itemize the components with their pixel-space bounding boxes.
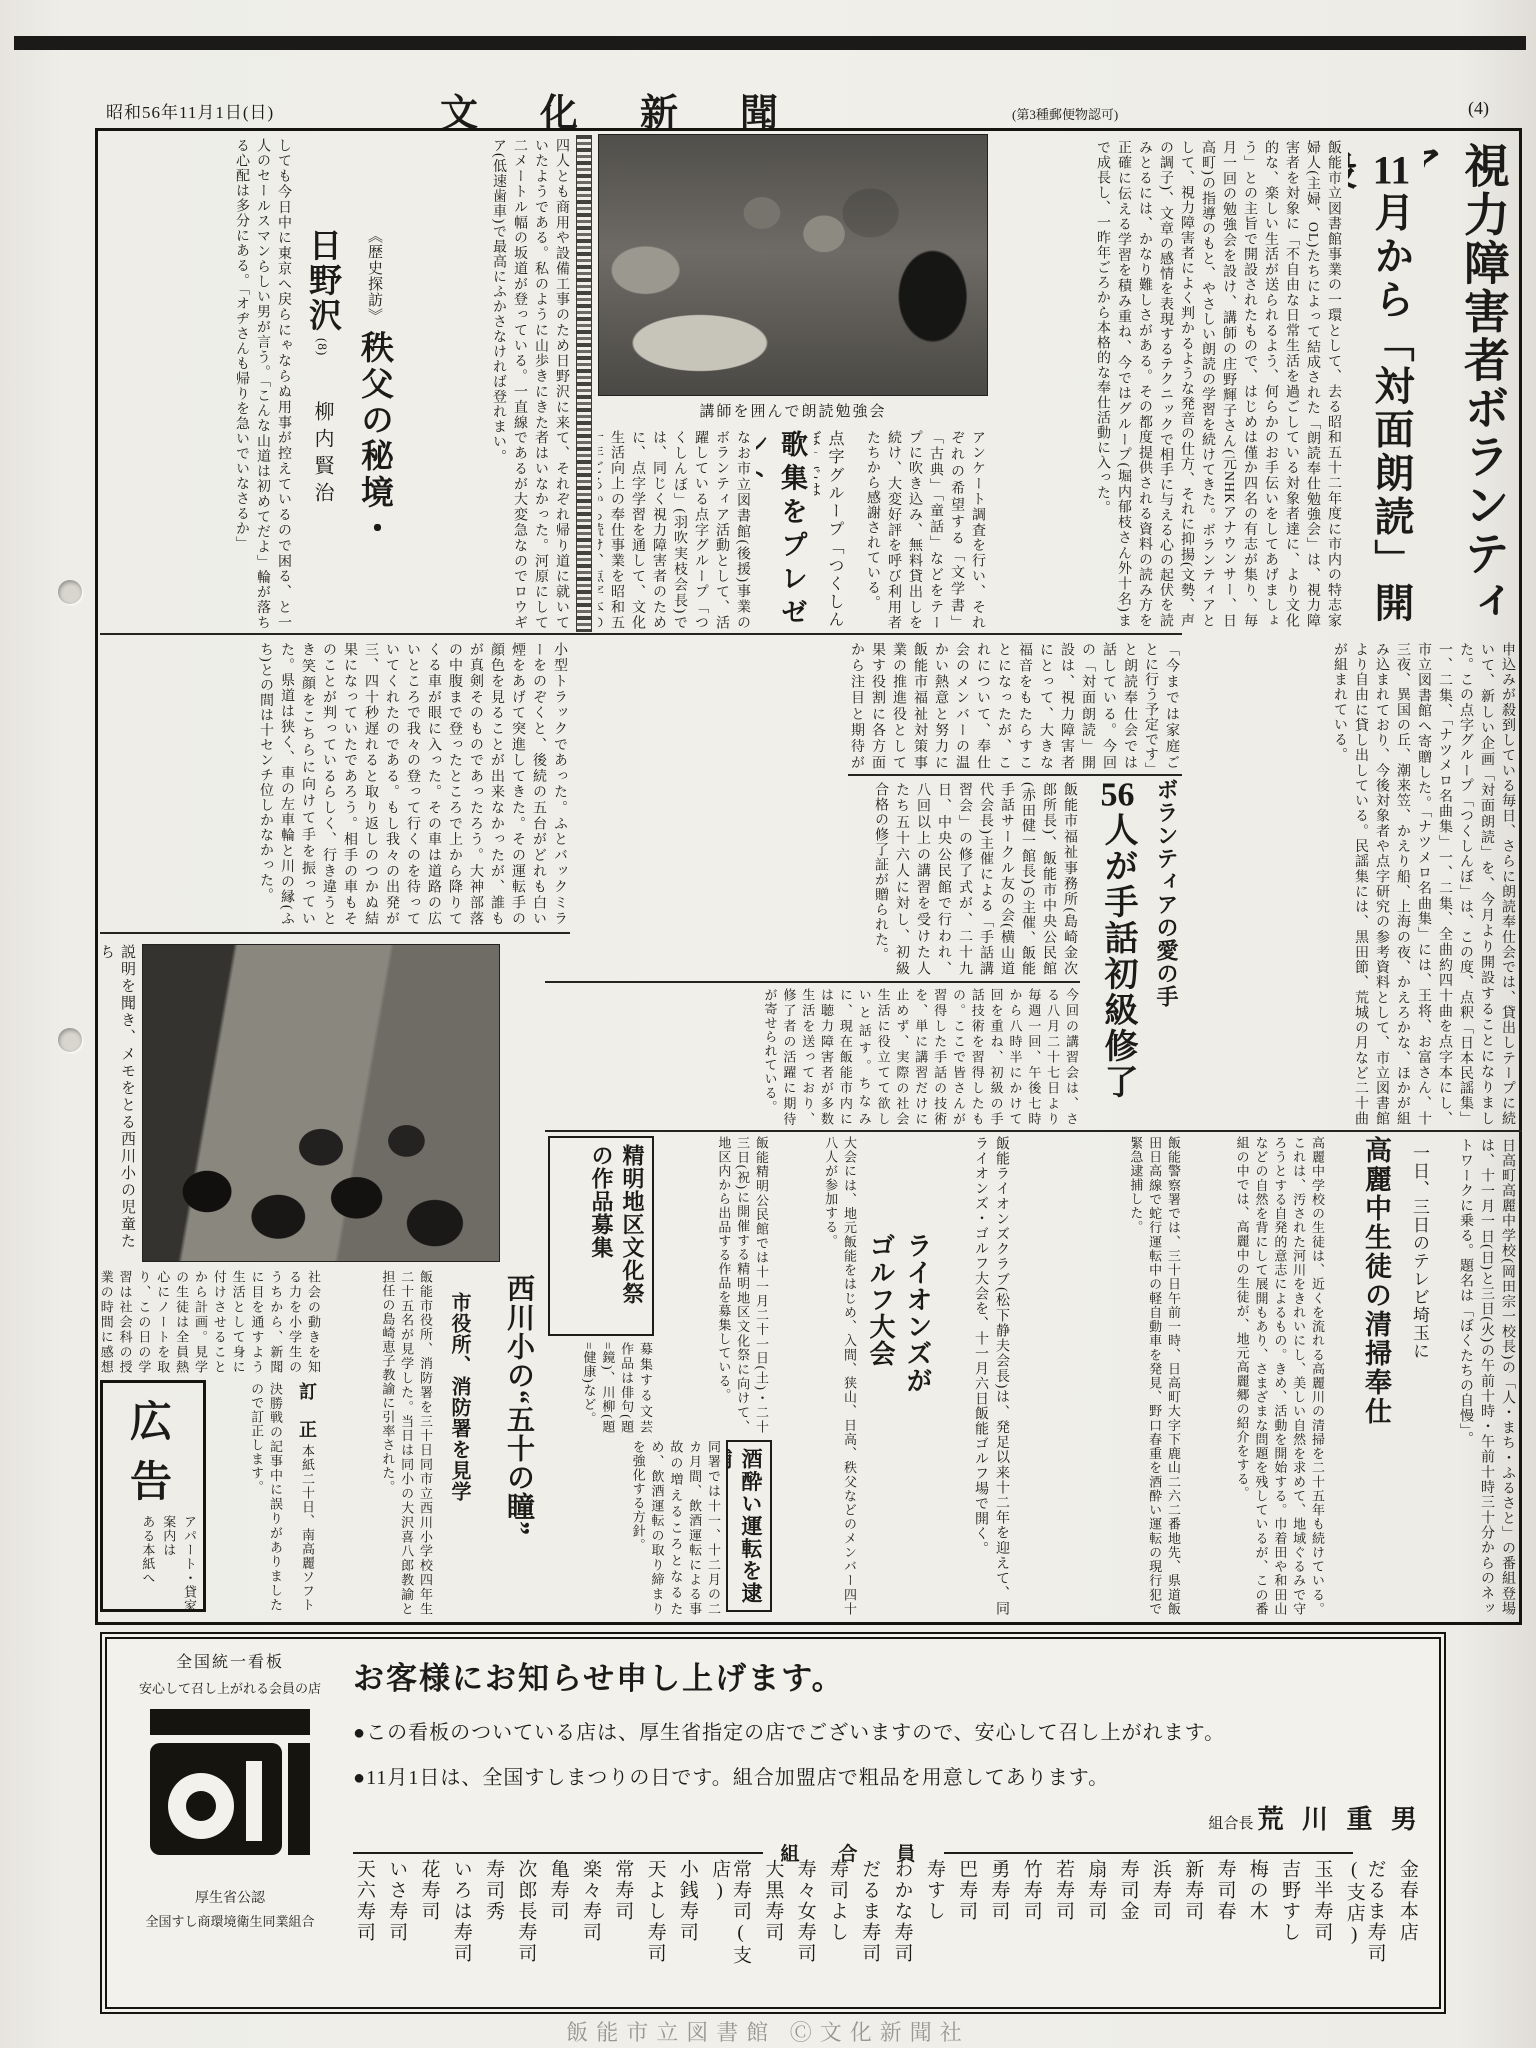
- section-divider: [545, 981, 1080, 983]
- sushi-shop-name: 玉半寿司: [1311, 1859, 1332, 2007]
- korai-headline: 高麗中生徒の清掃奉仕: [1330, 1136, 1396, 1428]
- postal-permit: (第3種郵便物認可): [1012, 104, 1118, 123]
- ad-chief-label: 組合長: [1208, 1816, 1253, 1832]
- sushi-shop-name: 吉野すし: [1278, 1859, 1299, 2007]
- main-article-lead: 飯能市立図書館事業の一環として、去る昭和五十二年度に市内の特志家婦人(主婦、OL…: [992, 140, 1344, 628]
- photo-reading-study-group: [598, 134, 988, 396]
- nishikawa-body2: 社会の動きを知る力を小学生のうちから、新聞に目を通すよう生活として身に付けさせる…: [100, 1270, 322, 1374]
- headline-text: 人が手話初級修了: [1099, 812, 1136, 1100]
- chain-ornament-border: [576, 135, 592, 632]
- tsukushinbo-kicker: 点字グループ「つくしんぼ」では: [814, 430, 846, 628]
- korai-body-left: 高麗中学校の生徒は、近くを流れる高麗川の清掃を二十五年も続けている。これは、汚さ…: [1188, 1136, 1326, 1616]
- tsukushinbo-headline: 歌集をプレゼント: [756, 430, 812, 628]
- lions-headline-line1: ライオンズが: [899, 1232, 936, 1424]
- sushi-shop-name: 大黒寿司: [761, 1859, 782, 2007]
- sushi-shop-name: 天六寿司: [353, 1859, 374, 2007]
- scan-top-band: [14, 36, 1526, 50]
- drunk-driving-headline: 酒酔い運転を逮捕: [726, 1440, 772, 1612]
- binding-hole: [58, 1028, 82, 1052]
- nishikawa-headline: 西川小の“五十の瞳”: [478, 1274, 538, 1574]
- ad-title: お客様にお知らせ申し上げます。: [353, 1653, 1433, 1698]
- ad-plate-line2: 安心して召し上がれる会員の店: [121, 1678, 339, 1697]
- sushi-shop-name: 常寿司: [611, 1859, 632, 2007]
- sushi-shop-name: 天よし寿司: [644, 1859, 665, 2007]
- drunk-driving-body: 同署では十一、十二月の二カ月間、飲酒運転による事故の増えるころとなるため、飲酒運…: [598, 1440, 722, 1616]
- sushi-association-ad: 全国統一看板 安心して召し上がれる会員の店 厚生省公認 全国すし商環境衛生同業組…: [100, 1632, 1446, 2014]
- seimei-body-bottom: 募集する文芸作品は俳句(題=鏡)、川柳(題=健康)など。: [548, 1342, 654, 1434]
- main-article-headline1: 視力障害者ボランティア: [1424, 142, 1516, 626]
- lions-headline-line2: ゴルフ大会: [862, 1232, 899, 1424]
- ad-chief-name: 荒 川 重 男: [1257, 1805, 1423, 1834]
- lions-body: 大会には、地元飯能をはじめ、入間、狭山、日高、秩父などのメンバー四十八人が参加す…: [776, 1136, 858, 1616]
- main-article-tail: 「今までは家庭ごとに行う予定です」と朗読奉仕会では話している。今回の「対面朗読」…: [848, 642, 1182, 770]
- headline-number: 11: [1369, 150, 1414, 191]
- classified-ad-box: 広告 アパート・貸家 案内は ある本紙へ: [100, 1380, 206, 1612]
- sushi-shop-name: いろは寿司: [450, 1859, 471, 2007]
- chichibu-story-text-right: 四人とも商用や設備工事のため日野沢に来て、それぞれ帰り道に就いていたようである。…: [400, 138, 572, 630]
- photo-nishikawa-children: [142, 944, 500, 1262]
- classified-ad-title: 広告: [109, 1389, 197, 1509]
- sushi-shop-name: 寿々女寿司: [794, 1859, 815, 2007]
- issue-date: 昭和56年11月1日(日): [106, 98, 274, 123]
- shuwa-kicker: ボランティアの愛の手: [1146, 778, 1182, 1064]
- lions-headline: ライオンズが ゴルフ大会: [862, 1232, 936, 1424]
- section-divider: [100, 932, 570, 934]
- ad-bullet2: ●11月1日は、全国すしまつりの日です。組合加盟店で粗品を用意してあります。: [353, 1761, 1433, 1790]
- ad-bullet1: ●この看板のついている店は、厚生省指定の店でございますので、安心して召し上がれま…: [353, 1716, 1433, 1745]
- sushi-shop-list: 金春本店だるま寿司(支店)玉半寿司吉野すし梅の木寿司春新寿司浜寿司寿司金扇寿司若…: [353, 1859, 1417, 2009]
- main-article-headline2: 11月から「対面朗読」開設: [1348, 150, 1420, 624]
- sushi-shop-name: 寿司秀: [482, 1859, 503, 2007]
- sushi-shop-name: だるま寿司: [858, 1859, 879, 2007]
- chichibu-story-text-left: しても今日中に東京へ戻らにゃならぬ用事が控えているので困る、と一人のセールスマン…: [100, 138, 294, 630]
- drunk-driving-lead: 飯能警察署では、三十日午前一時、日高町大字下鹿山二六二番地先、県道飯田日高線で蛇…: [1016, 1136, 1182, 1616]
- sushi-shop-name: 次郎長寿司: [514, 1859, 535, 2007]
- ad-approval2: 全国すし商環境衛生同業組合: [121, 1911, 339, 1930]
- sushi-shop-name: 花寿司: [418, 1859, 439, 2007]
- ad-chief-line: 組合長 荒 川 重 男: [1208, 1799, 1423, 1836]
- sushi-shop-name: だるま寿司(支店): [1343, 1859, 1385, 2007]
- nishikawa-body: 飯能市役所、消防署を三十日同市立西川小学校四年生二十五名が見学した。当日は同小の…: [326, 1270, 434, 1616]
- sushi-shop-name: 亀寿司: [547, 1859, 568, 2007]
- shuwa-headline: 56人が手話初級修了: [1084, 778, 1142, 1126]
- chichibu-headline-block: 《歴史探訪》 秩父の秘境・日野沢 (8) 柳 内 賢 治: [296, 228, 398, 546]
- seimei-headline-line1: 精明地区文化祭: [617, 1144, 648, 1328]
- nishikawa-subhead: 市役所、消防署を見学: [438, 1292, 474, 1560]
- tsukushinbo-body: なお市立図書館(後援)事業のボランティア活動として、活躍している点字グループ「つ…: [598, 430, 753, 630]
- seimei-headline-box: 精明地区文化祭 の作品募集: [548, 1136, 654, 1336]
- sushi-shop-name: 寿司金: [1117, 1859, 1138, 2007]
- ad-plate-line1: 全国統一看板: [121, 1649, 339, 1672]
- tsukushinbo-continuation: 申込みが殺到している毎日、さらに朗読奉仕会では、貸出しテープに続いて、新しい企画…: [1188, 642, 1518, 1126]
- ad-left-panel: 全国統一看板 安心して召し上がれる会員の店 厚生省公認 全国すし商環境衛生同業組…: [121, 1649, 339, 2001]
- sushi-shop-name: 勇寿司: [988, 1859, 1009, 2007]
- photo1-caption: 講師を囲んで朗読勉強会: [598, 400, 988, 421]
- chichibu-kicker: 《歴史探訪》: [364, 228, 385, 324]
- sushi-shop-name: 浜寿司: [1149, 1859, 1170, 2007]
- chichibu-story-text-bottom: 小型トラックであった。ふとバックミラーをのぞくと、後続の五台がどれも白い煙をあげ…: [100, 642, 570, 926]
- sushi-shop-name: 若寿司: [1052, 1859, 1073, 2007]
- shuwa-article-lead: 飯能市福祉事務所(島崎金次郎所長)、飯能市中央公民館(赤田健一館長)の主催、飯能…: [545, 782, 1080, 976]
- ad-approval1: 厚生省公認: [121, 1887, 339, 1907]
- sushi-shop-name: 寿司よし: [826, 1859, 847, 2007]
- footer-stamp: 飯能市立図書館 Ⓒ文化新聞社: [0, 2016, 1536, 2047]
- sushi-shop-name: わかな寿司: [891, 1859, 912, 2007]
- headline-text: 月から「対面朗読」開設: [1348, 150, 1414, 624]
- sushi-shop-name: 楽々寿司: [579, 1859, 600, 2007]
- section-divider: [545, 1130, 1522, 1132]
- sushi-shop-name: 新寿司: [1181, 1859, 1202, 2007]
- sushi-association-logo: [150, 1709, 310, 1879]
- page-number: (4): [1468, 98, 1489, 119]
- sushi-shop-name: いさ寿司: [385, 1859, 406, 2007]
- shuwa-article-body: 今回の講習会は、さる八月二十七日より毎週一回、午後七時から八時半にかけて回を重ね…: [545, 988, 1080, 1126]
- sushi-shop-name: 小銭寿司: [676, 1859, 697, 2007]
- chichibu-byline: 柳 内 賢 治: [308, 401, 337, 503]
- section-divider: [848, 774, 1182, 776]
- seimei-headline-line2: の作品募集: [586, 1144, 617, 1328]
- seimei-body-right: 飯能精明公民館では十一月二十一日(土)・二十三日(祝)に開催する精明地区文化祭に…: [658, 1136, 770, 1434]
- ad-right-panel: お客様にお知らせ申し上げます。 ●この看板のついている店は、厚生省指定の店でござ…: [353, 1653, 1433, 2005]
- sushi-shop-name: 金春本店: [1396, 1859, 1417, 2007]
- sushi-shop-name: 常寿司(支店): [708, 1859, 750, 2007]
- section-divider: [100, 633, 1182, 635]
- photo2-caption: 説明を聞き、メモをとる西川小の児童たち: [104, 944, 138, 1262]
- correction-notice: 訂 正 本紙二十日、南高麗ソフト決勝戦の記事中に誤りがありましたので訂正します。: [212, 1382, 320, 1612]
- lions-lead: 飯能ライオンズクラブ(松下静夫会長)は、発足以来十二年を迎えて、同ライオンズ・ゴ…: [940, 1136, 1012, 1616]
- main-article-tape-paragraph: アンケート調査を行い、それぞれの希望する「文学書」「古典」「童話」などをテープに…: [850, 430, 988, 630]
- sushi-shop-name: 寿すし: [923, 1859, 944, 2007]
- sushi-shop-name: 梅の木: [1246, 1859, 1267, 2007]
- chichibu-part-number: (8): [315, 338, 330, 356]
- sushi-shop-name: 寿司春: [1214, 1859, 1235, 2007]
- sushi-shop-name: 巴寿司: [955, 1859, 976, 2007]
- sushi-shop-name: 竹寿司: [1020, 1859, 1041, 2007]
- correction-title: 訂 正: [294, 1382, 320, 1439]
- binding-hole: [58, 580, 82, 604]
- korai-subhead: 一日、三日のテレビ埼玉に: [1400, 1144, 1432, 1430]
- sushi-shop-name: 扇寿司: [1084, 1859, 1105, 2007]
- headline-number: 56: [1099, 778, 1136, 812]
- korai-body-right: 日高町高麗中学校(岡田宗一校長)の「人・まち・ふるさと」の番組登場は、十一月一日…: [1436, 1138, 1518, 1616]
